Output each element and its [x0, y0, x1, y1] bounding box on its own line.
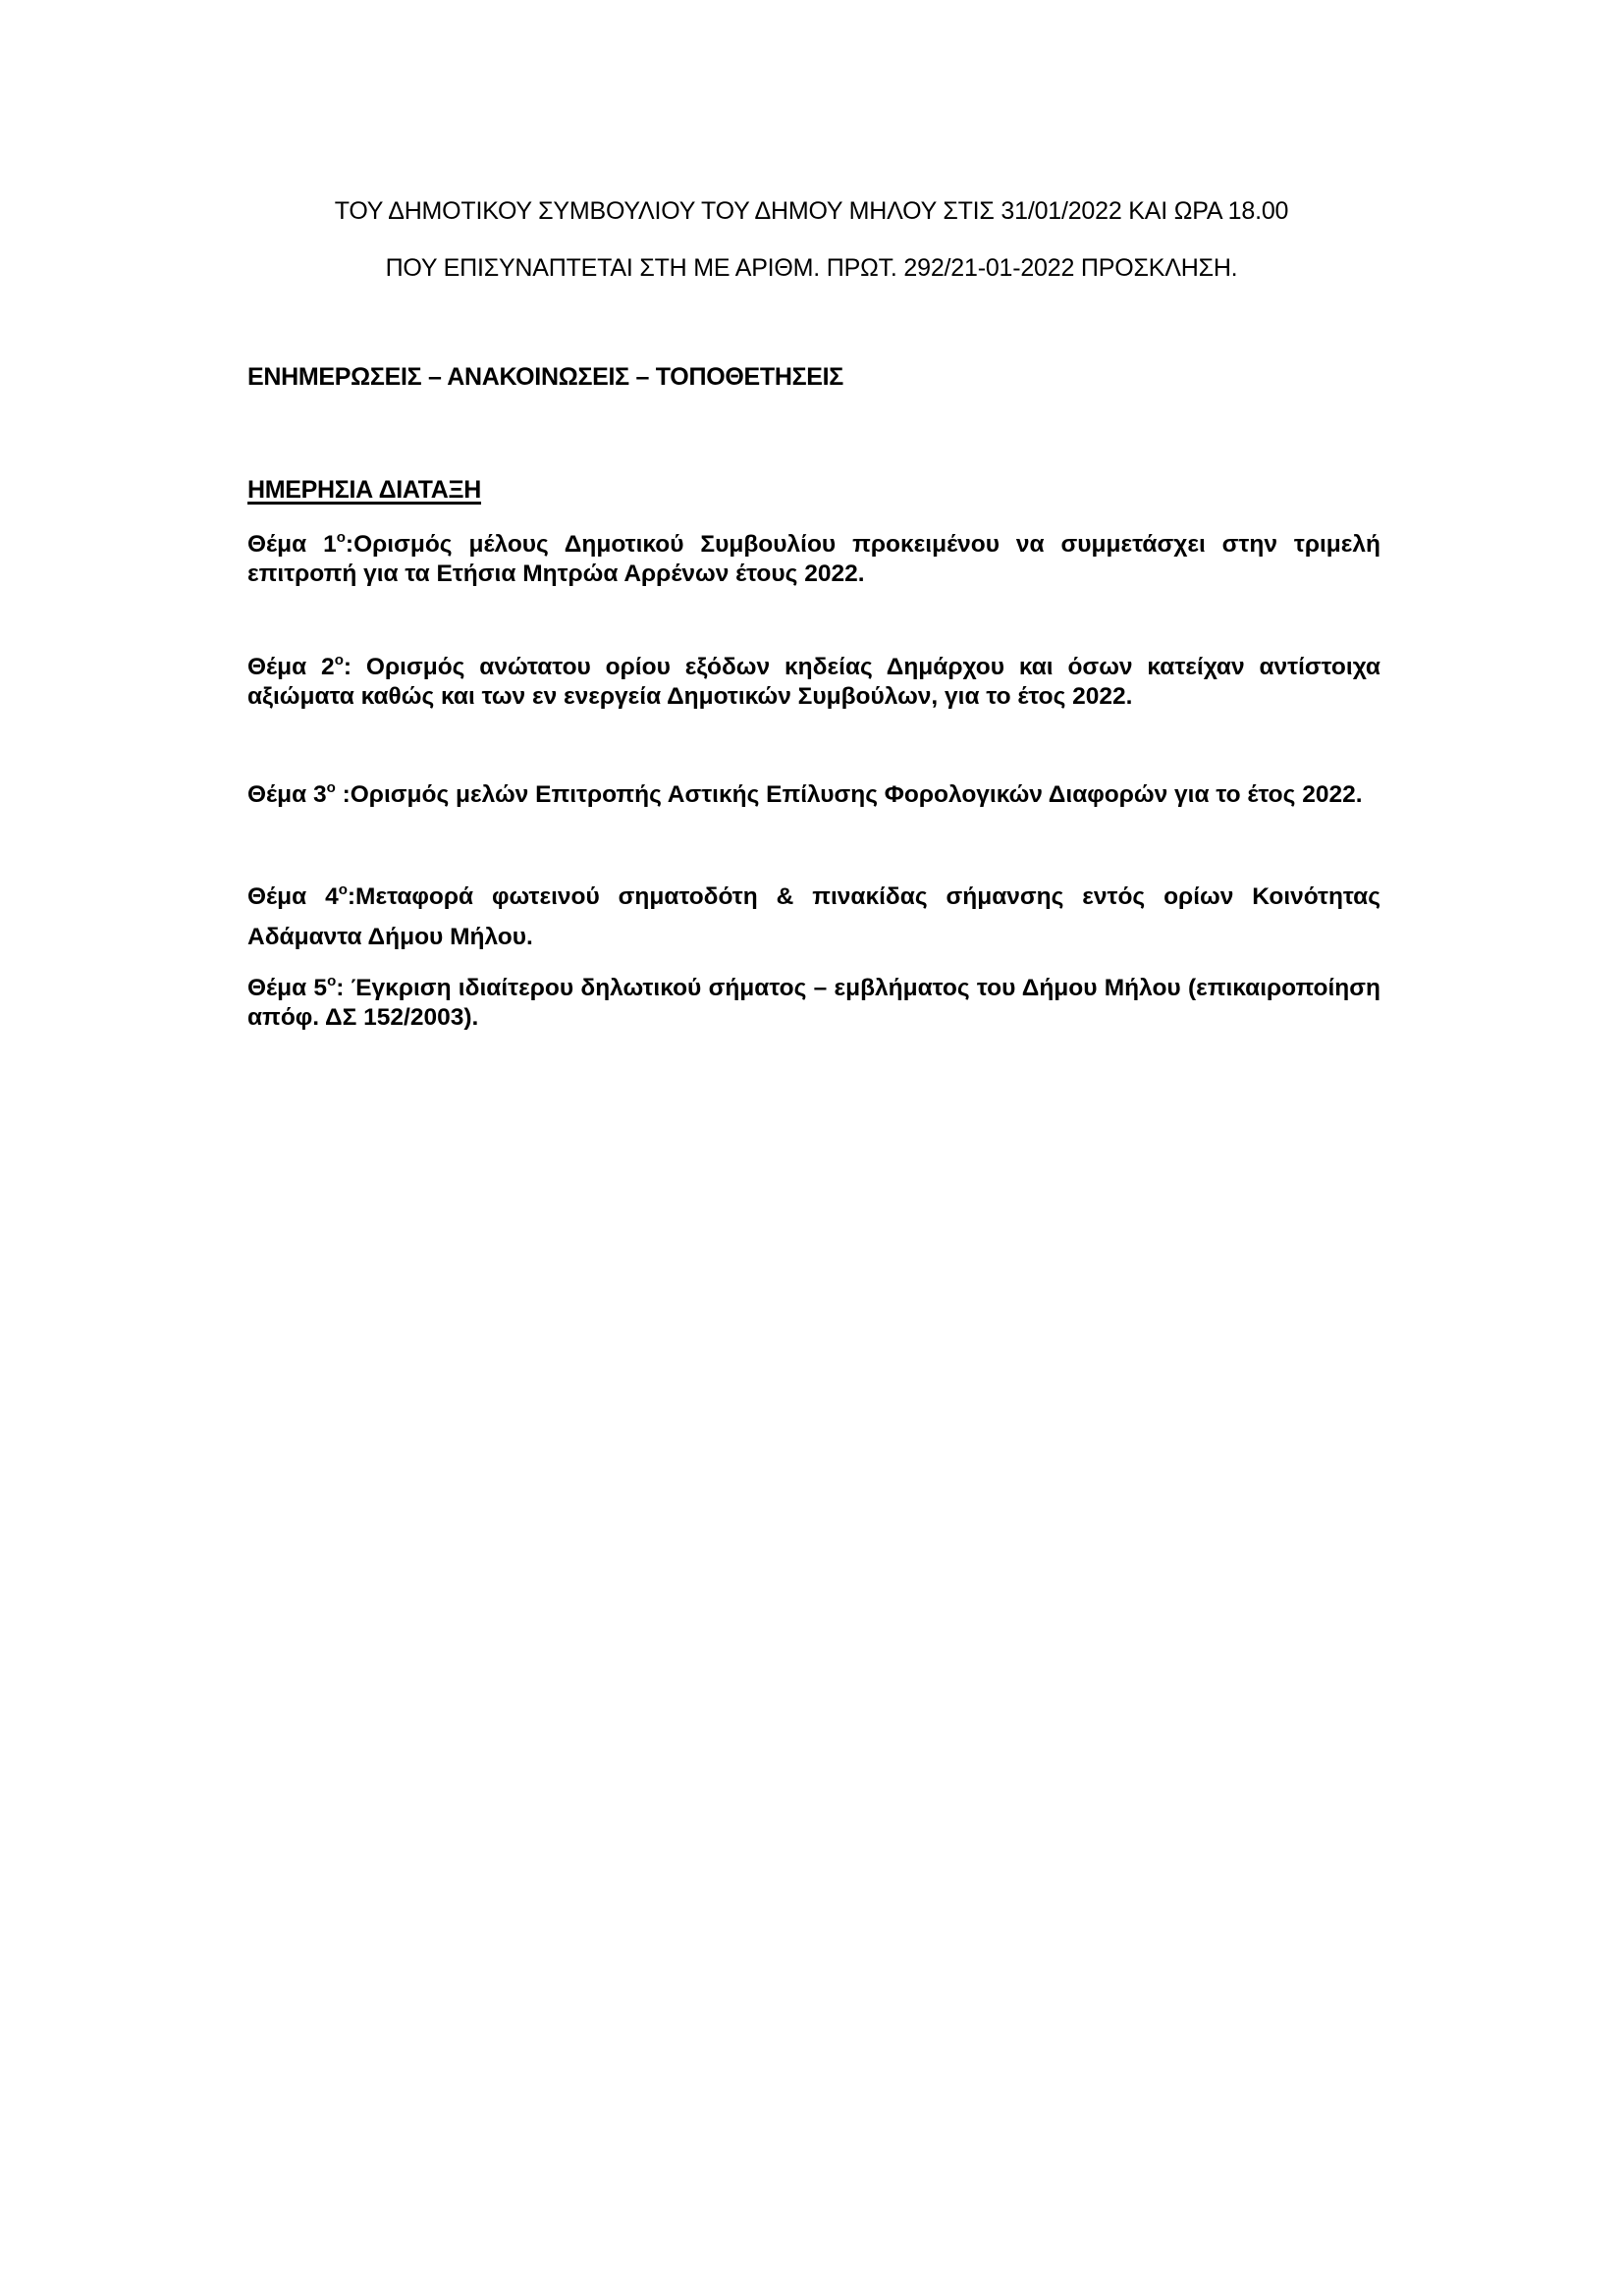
agenda-item-separator: :: [346, 531, 353, 558]
agenda-item-separator: :: [336, 781, 351, 808]
agenda-item-separator: :: [344, 654, 366, 680]
agenda-item-label: Θέμα 2: [247, 654, 335, 680]
agenda-item-separator: :: [336, 975, 351, 1001]
announcements-heading: ΕΝΗΜΕΡΩΣΕΙΣ – ΑΝΑΚΟΙΝΩΣΕΙΣ – ΤΟΠΟΘΕΤΗΣΕΙ…: [247, 363, 1380, 392]
agenda-item-separator: :: [348, 883, 355, 910]
agenda-item-label: Θέμα 5: [247, 975, 327, 1001]
agenda-item-text: Μεταφορά φωτεινού σηματοδότη & πινακίδας…: [247, 883, 1380, 950]
agenda-item-text: Ορισμός ανώτατου ορίου εξόδων κηδείας Δη…: [247, 654, 1380, 710]
ordinal-mark: ο: [337, 529, 346, 546]
ordinal-mark: ο: [339, 881, 348, 898]
agenda-item-text: Έγκριση ιδιαίτερου δηλωτικού σήματος – ε…: [247, 975, 1380, 1031]
agenda-item-label: Θέμα 4: [247, 883, 339, 910]
agenda-item-5: Θέμα 5ο: Έγκριση ιδιαίτερου δηλωτικού σή…: [247, 974, 1380, 1033]
agenda-item-1: Θέμα 1ο:Ορισμός μέλους Δημοτικού Συμβουλ…: [247, 530, 1380, 589]
agenda-item-text: Ορισμός μέλους Δημοτικού Συμβουλίου προκ…: [247, 531, 1380, 587]
agenda-heading: ΗΜΕΡΗΣΙΑ ΔΙΑΤΑΞΗ: [247, 476, 1380, 505]
agenda-item-label: Θέμα 3: [247, 781, 327, 808]
ordinal-mark: ο: [327, 779, 336, 796]
header-line-invitation-ref: ΠΟΥ ΕΠΙΣΥΝΑΠΤΕΤΑΙ ΣΤΗ ΜΕ ΑΡΙΘΜ. ΠΡΩΤ. 29…: [0, 254, 1623, 283]
agenda-item-2: Θέμα 2ο: Ορισμός ανώτατου ορίου εξόδων κ…: [247, 653, 1380, 712]
agenda-item-4: Θέμα 4ο:Μεταφορά φωτεινού σηματοδότη & π…: [247, 877, 1380, 957]
ordinal-mark: ο: [327, 973, 336, 989]
document-page: ΤΟΥ ΔΗΜΟΤΙΚΟΥ ΣΥΜΒΟΥΛΙΟΥ ΤΟΥ ΔΗΜΟΥ ΜΗΛΟΥ…: [0, 0, 1623, 2296]
agenda-item-label: Θέμα 1: [247, 531, 337, 558]
agenda-item-3: Θέμα 3ο :Ορισμός μελών Επιτροπής Αστικής…: [247, 780, 1380, 810]
header-line-meeting-date: ΤΟΥ ΔΗΜΟΤΙΚΟΥ ΣΥΜΒΟΥΛΙΟΥ ΤΟΥ ΔΗΜΟΥ ΜΗΛΟΥ…: [0, 197, 1623, 226]
ordinal-mark: ο: [335, 652, 344, 668]
agenda-item-text: Ορισμός μελών Επιτροπής Αστικής Επίλυσης…: [351, 781, 1363, 808]
